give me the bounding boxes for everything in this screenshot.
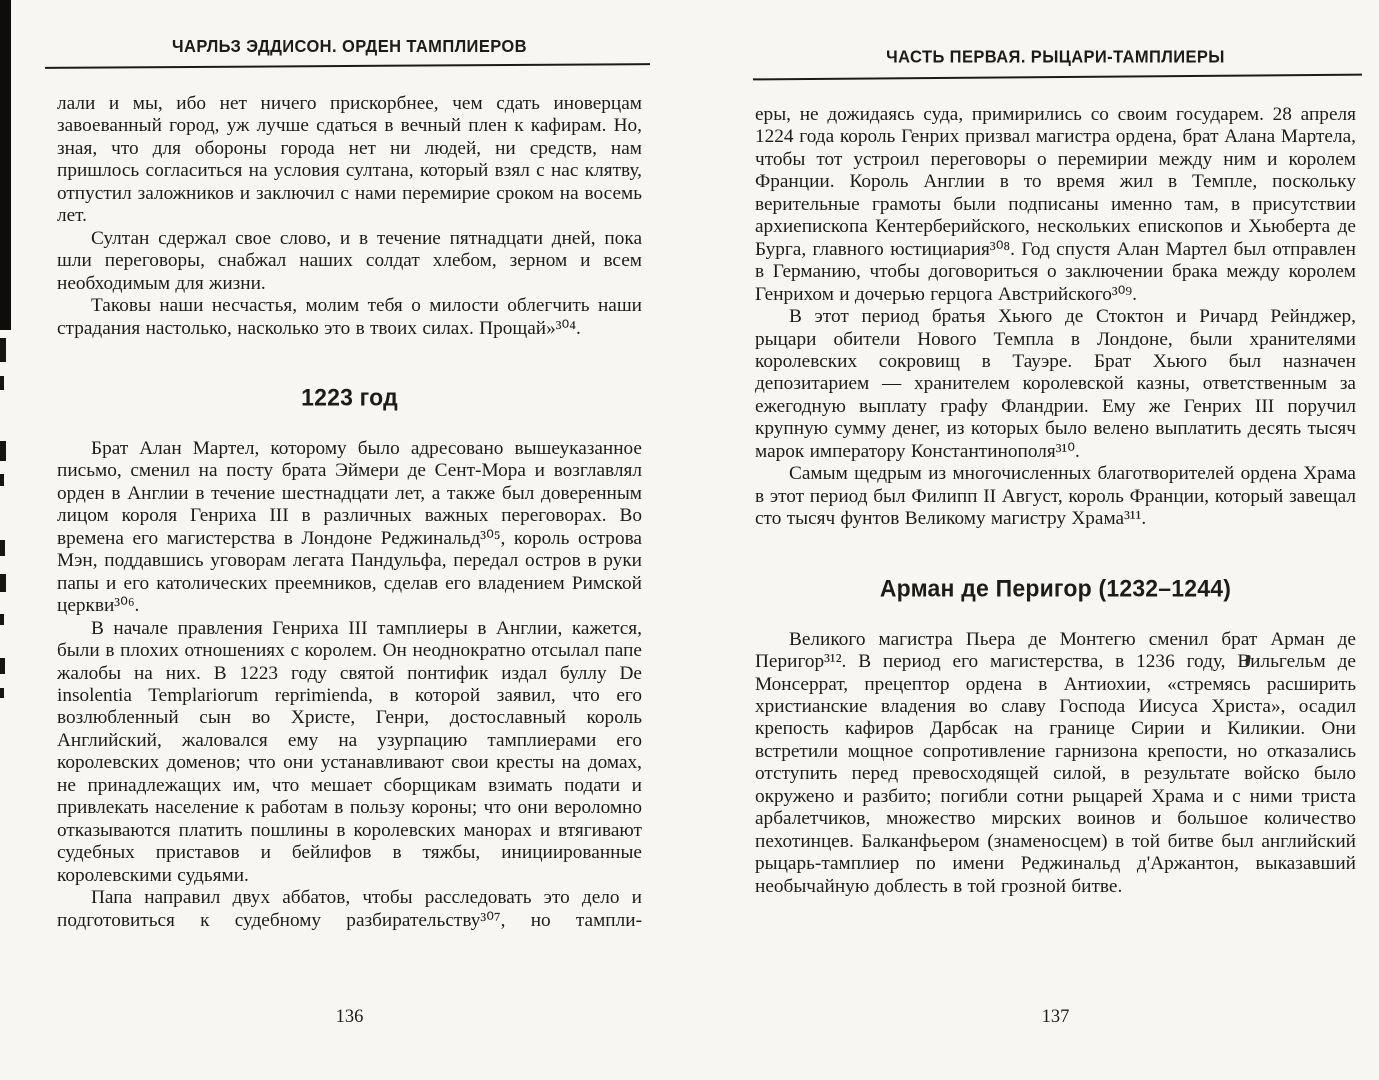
scan-edge-dash (0, 474, 4, 486)
scan-edge-dash (0, 441, 6, 461)
scan-edge-dash (0, 338, 6, 362)
paragraph: Брат Алан Мартел, которому было адресова… (57, 438, 642, 618)
page-right-text: еры, не дожидаясь суда, примирились со с… (755, 104, 1356, 898)
paragraph: Папа направил двух аббатов, чтобы рассле… (57, 887, 642, 932)
paragraph: Самым щедрым из многочисленных благотвор… (755, 463, 1356, 530)
page-right: ЧАСТЬ ПЕРВАЯ. РЫЦАРИ-ТАМПЛИЕРЫ еры, не д… (755, 0, 1356, 1080)
paragraph: Султан сдержал свое слово, и в течение п… (57, 228, 642, 295)
running-head-right: ЧАСТЬ ПЕРВАЯ. РЫЦАРИ-ТАМПЛИЕРЫ (755, 0, 1356, 68)
running-head-rule-right (753, 74, 1362, 81)
running-head-left: ЧАРЛЬЗ ЭДДИСОН. ОРДЕН ТАМПЛИЕРОВ (57, 0, 642, 57)
paragraph: Великого магистра Пьера де Монтегю смени… (755, 629, 1356, 898)
scan-edge-dash (0, 658, 5, 674)
section-heading-arman-de-perigord: Арман де Перигор (1232–1244) (755, 574, 1356, 602)
paragraph: В этот период братья Хьюго де Стоктон и … (755, 306, 1356, 463)
paragraph: Таковы наши несчастья, молим тебя о мило… (57, 295, 642, 340)
page-left-text: лали и мы, ибо нет ничего прискорбнее, ч… (57, 93, 642, 932)
page-number-left: 136 (57, 1007, 642, 1028)
section-heading-1223: 1223 год (57, 383, 642, 411)
scan-edge-dash (0, 688, 4, 698)
page-number-right: 137 (755, 1007, 1356, 1028)
scan-edge-dash (0, 540, 5, 556)
scan-edge-dash (0, 376, 4, 390)
paragraph: еры, не дожидаясь суда, примирились со с… (755, 104, 1356, 306)
book-spread-scan: ЧАРЛЬЗ ЭДДИСОН. ОРДЕН ТАМПЛИЕРОВ лали и … (0, 0, 1379, 1080)
scan-edge-dash (0, 574, 6, 592)
scan-edge-bar (0, 0, 11, 330)
paragraph: лали и мы, ибо нет ничего прискорбнее, ч… (57, 93, 642, 228)
scan-edge-dash (0, 614, 4, 625)
running-head-rule-left (45, 63, 650, 69)
page-left: ЧАРЛЬЗ ЭДДИСОН. ОРДЕН ТАМПЛИЕРОВ лали и … (57, 0, 642, 1080)
paragraph: В начале правления Генриха III тамплиеры… (57, 618, 642, 887)
